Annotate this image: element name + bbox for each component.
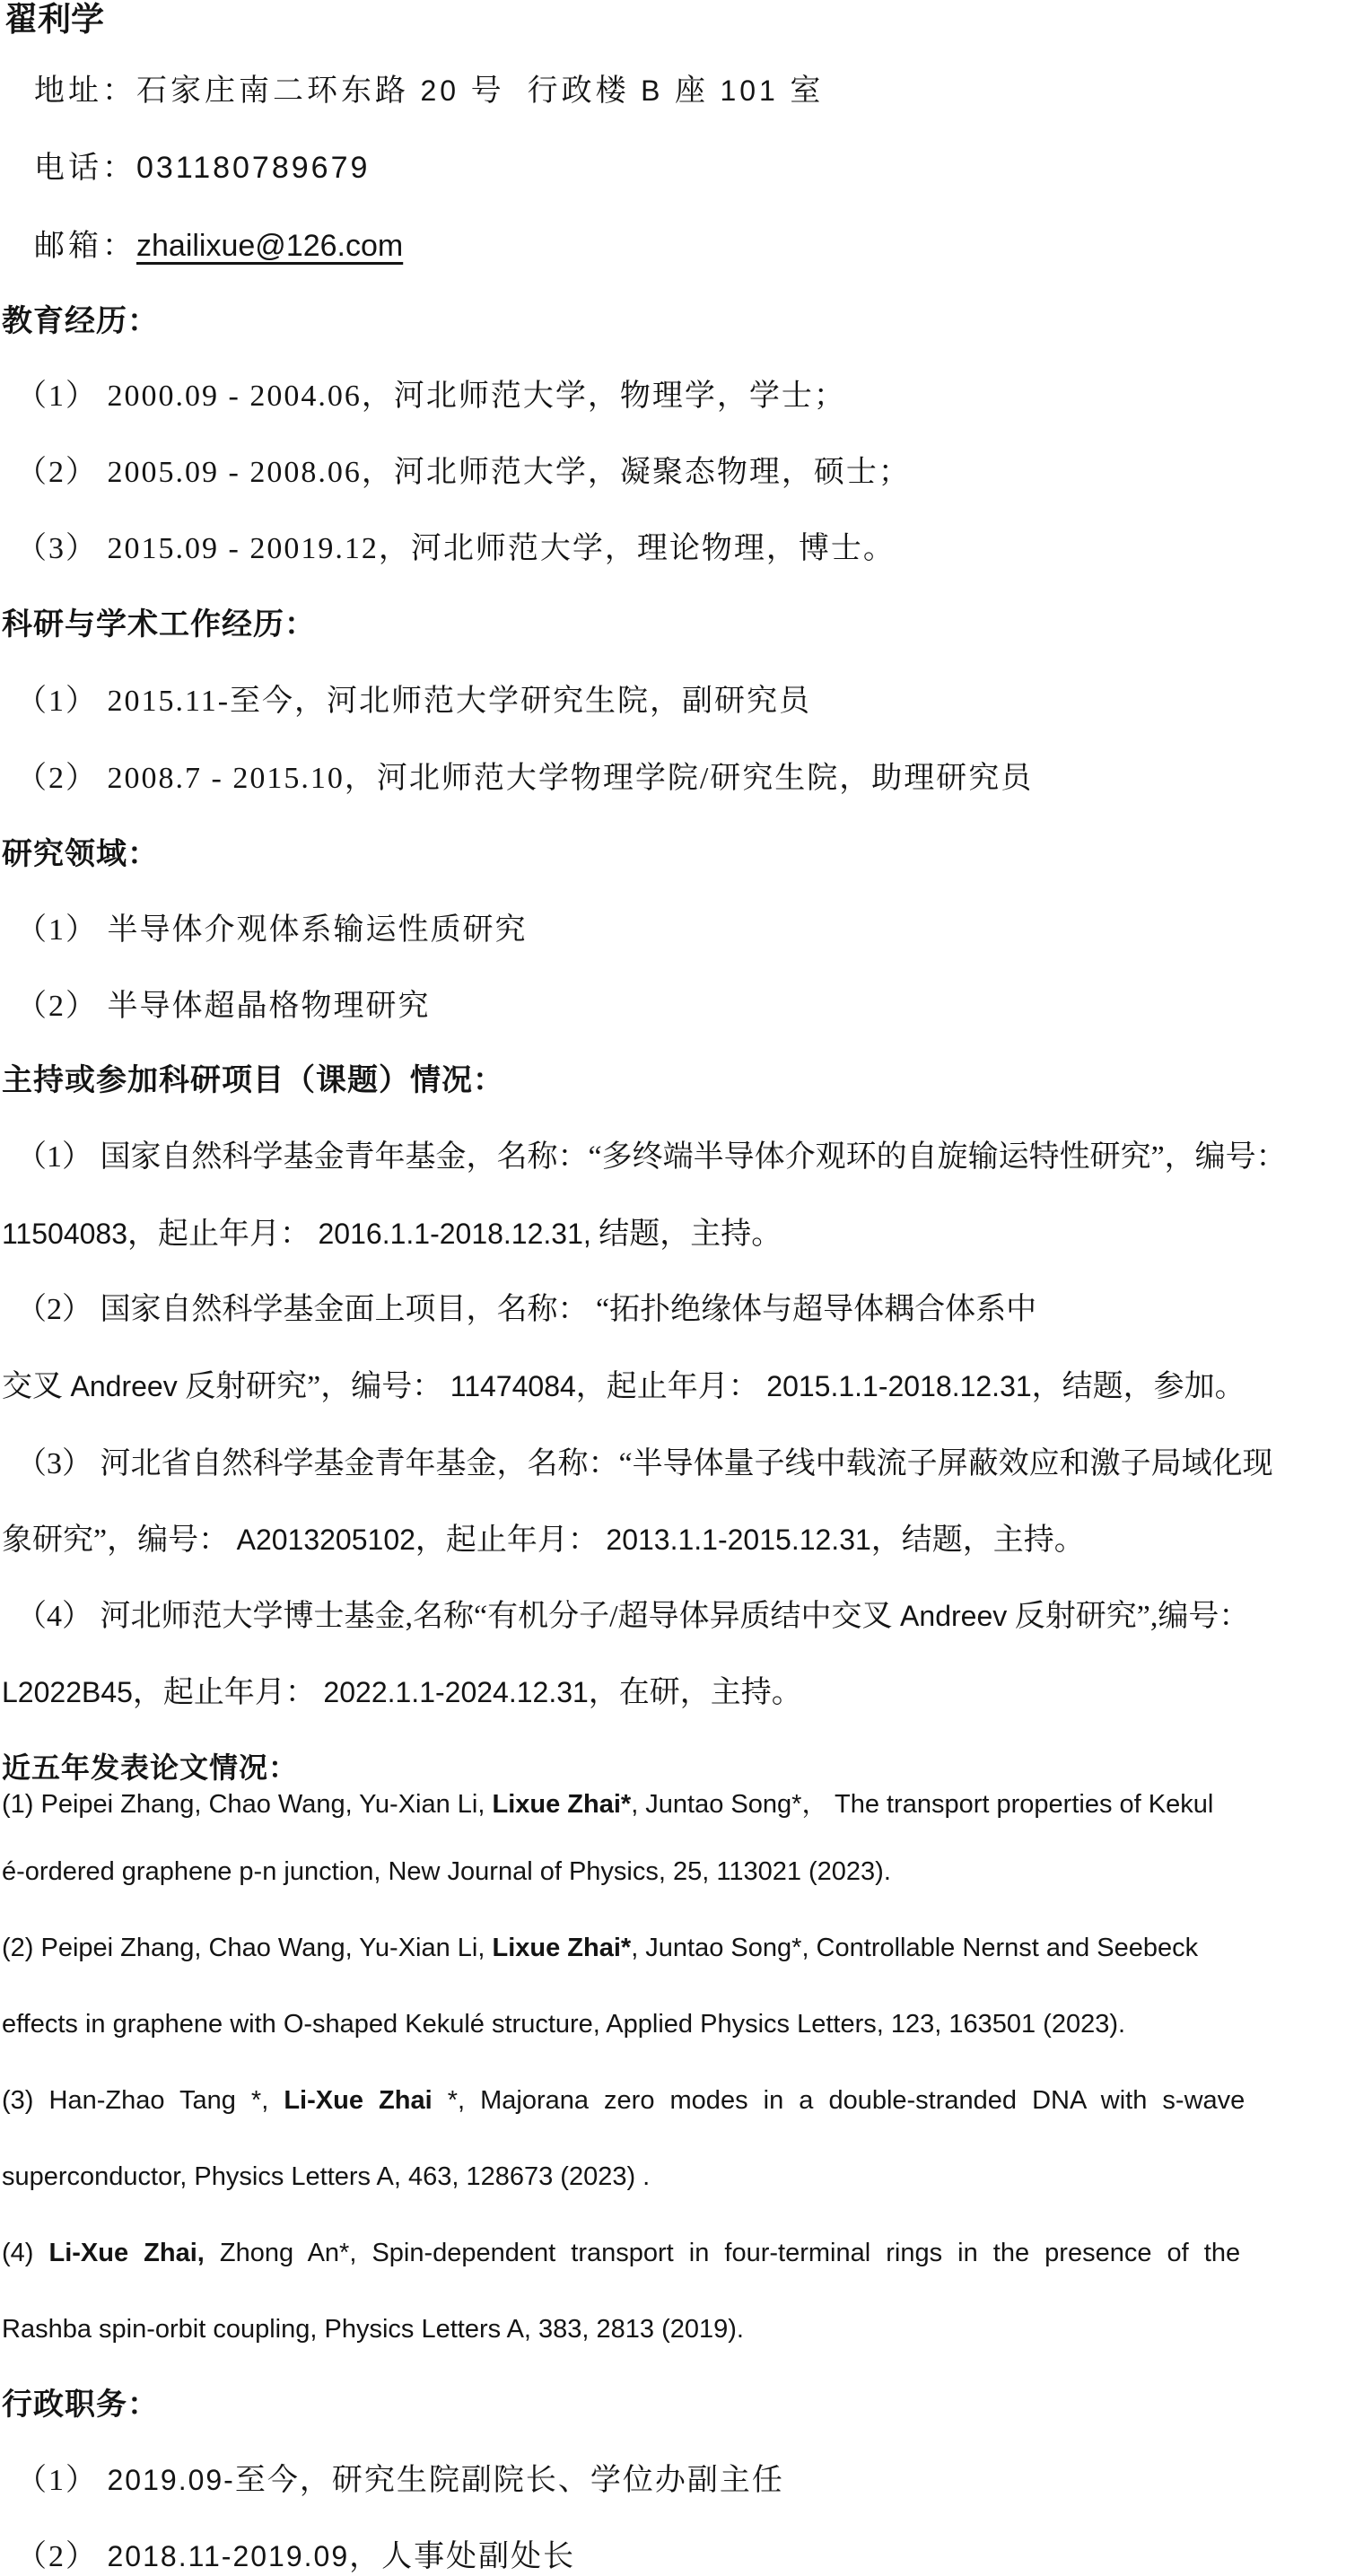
project-line: 交叉 Andreev 反射研究”，编号： 11474084，起止年月： 2015… [2,1367,1245,1406]
section-heading-work: 科研与学术工作经历： [2,607,316,644]
section-heading-education: 教育经历： [2,303,159,341]
publication-line: superconductor, Physics Letters A, 463, … [2,2158,650,2196]
publication-line: (1) Peipei Zhang, Chao Wang, Yu-Xian Li,… [2,1786,1213,1823]
publication-line: (3) Han-Zhao Tang *, Li-Xue Zhai *, Majo… [2,2082,1245,2119]
phone-number: 031180789679 [136,151,370,185]
project-line: （4） 河北师范大学博士基金,名称“有机分子/超导体异质结中交叉 Andreev… [16,1597,1249,1636]
phone-label: 电话： [34,152,136,185]
project-line: （1） 国家自然科学基金青年基金，名称：“多终端半导体介观环的自旋输运特性研究”… [16,1139,1287,1176]
education-item: （2） 2005.09 - 2008.06，河北师范大学，凝聚态物理，硕士； [16,454,911,492]
research-item: （1） 半导体介观体系输运性质研究 [16,912,528,949]
publication-line: é-ordered graphene p-n junction, New Jou… [2,1853,891,1891]
research-item: （2） 半导体超晶格物理研究 [16,988,431,1026]
admin-item: （1） 2019.09-至今，研究生院副院长、学位办副主任 [16,2461,784,2500]
project-line: （3） 河北省自然科学基金青年基金，名称：“半导体量子线中载流子屏蔽效应和激子局… [16,1445,1273,1483]
section-heading-research: 研究领域： [2,836,159,874]
cv-document: 翟利学 地址：石家庄南二环东路 20 号 行政楼 B 座 101 室 电话：03… [0,0,1346,2576]
publication-line: (2) Peipei Zhang, Chao Wang, Yu-Xian Li,… [2,1929,1198,1967]
section-heading-projects: 主持或参加科研项目（课题）情况： [2,1062,504,1100]
email-line: 邮箱：zhailixue@126.com [34,227,403,266]
person-name: 翟利学 [4,0,104,41]
education-item: （1） 2000.09 - 2004.06，河北师范大学，物理学，学士； [16,378,846,415]
project-line: 象研究”，编号： A2013205102，起止年月： 2013.1.1-2015… [2,1521,1085,1559]
publication-line: (4) Li-Xue Zhai, Zhong An*, Spin-depende… [2,2234,1240,2272]
publication-line: Rashba spin-orbit coupling, Physics Lett… [2,2310,744,2348]
admin-item: （2） 2018.11-2019.09，人事处副处长 [16,2537,575,2576]
email-label: 邮箱： [34,230,136,263]
education-item: （3） 2015.09 - 20019.12，河北师范大学，理论物理，博士。 [16,530,896,568]
project-line: （2） 国家自然科学基金面上项目，名称： “拓扑绝缘体与超导体耦合体系中 [16,1291,1036,1329]
phone-line: 电话：031180789679 [34,149,370,188]
work-item: （2） 2008.7 - 2015.10，河北师范大学物理学院/研究生院，助理研… [16,760,1033,798]
section-heading-publications: 近五年发表论文情况： [2,1749,298,1786]
address-line: 地址：石家庄南二环东路 20 号 行政楼 B 座 101 室 [34,72,824,110]
section-heading-admin: 行政职务： [2,2387,159,2424]
email-link[interactable]: zhailixue@126.com [136,229,403,263]
work-item: （1） 2015.11-至今，河北师范大学研究生院，副研究员 [16,683,811,720]
project-line: L2022B45，起止年月： 2022.1.1-2024.12.31，在研，主持… [2,1673,802,1712]
project-line: 11504083，起止年月： 2016.1.1-2018.12.31, 结题，主… [2,1215,782,1253]
publication-line: effects in graphene with O-shaped Kekulé… [2,2005,1125,2043]
